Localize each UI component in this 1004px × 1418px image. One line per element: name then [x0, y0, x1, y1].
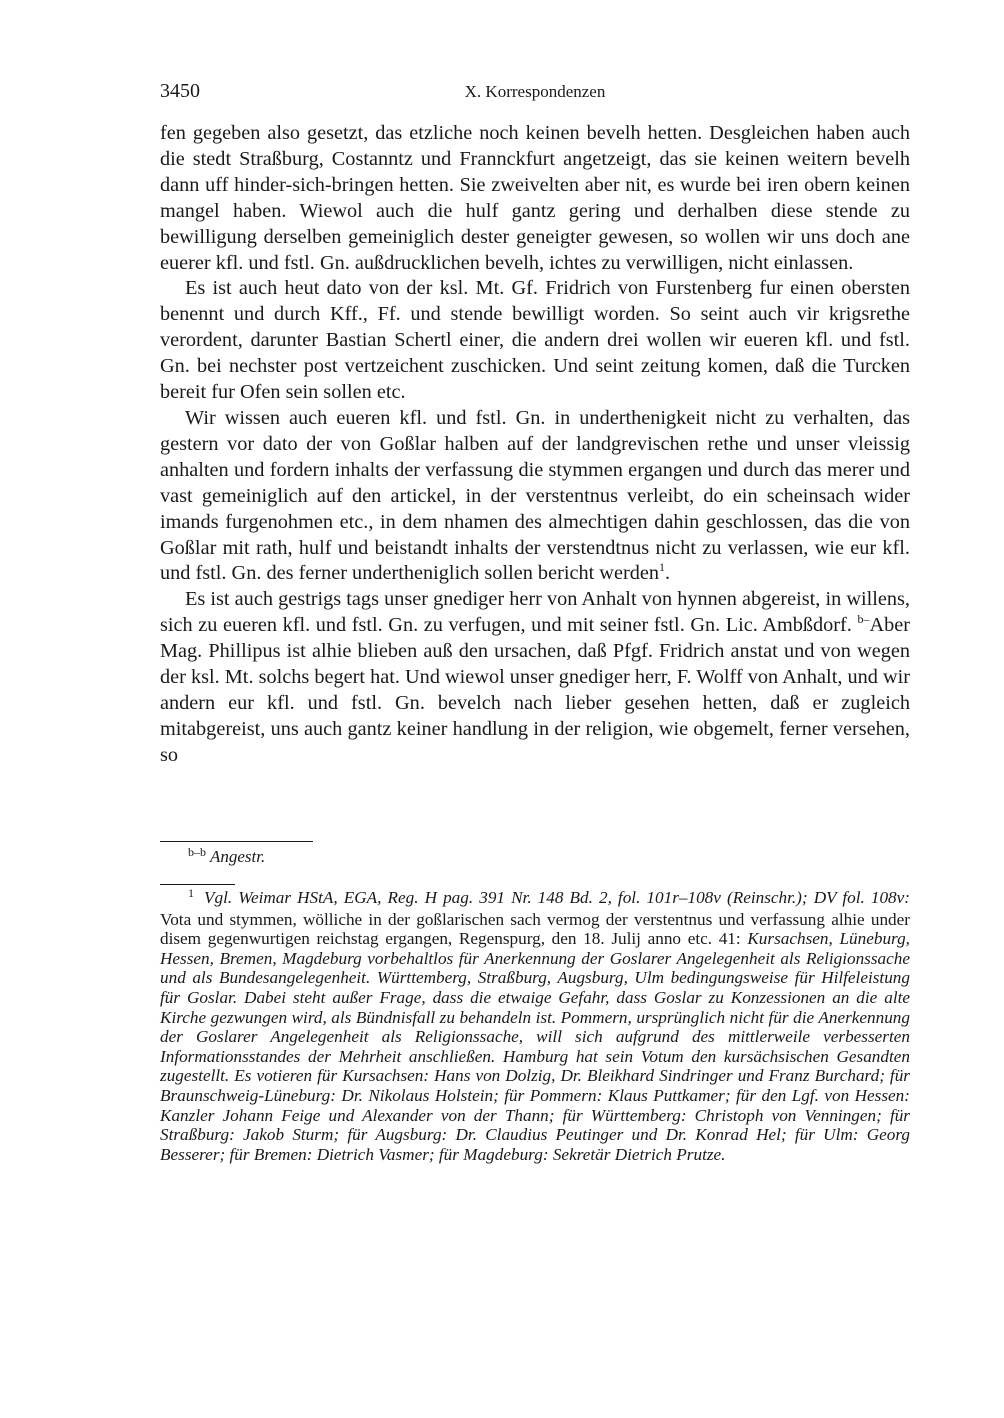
- paragraph: Wir wissen auch eueren kfl. und fstl. Gn…: [160, 406, 910, 587]
- footnote-commentary: Kursachsen, Lüneburg, Hessen, Bremen, Ma…: [160, 929, 910, 1164]
- apparatus-note: Angestr.: [210, 847, 265, 866]
- apparatus-rule: [160, 841, 313, 842]
- critical-apparatus: b–bAngestr.: [188, 846, 265, 869]
- paragraph-text: fen gegeben also gesetzt, das etzliche n…: [160, 122, 910, 274]
- apparatus-mark-label: b–b: [188, 845, 206, 859]
- paragraph-text: Es ist auch gestrigs tags unser gnediger…: [160, 588, 910, 636]
- paragraph-text: Wir wissen auch eueren kfl. und fstl. Gn…: [160, 407, 910, 584]
- page-header: 3450 X. Korrespondenzen: [160, 80, 910, 106]
- footnotes: 1Vgl. Weimar HStA, EGA, Reg. H pag. 391 …: [160, 888, 910, 1164]
- footnote-source: Vgl. Weimar HStA, EGA, Reg. H pag. 391 N…: [204, 888, 910, 907]
- footnote: 1Vgl. Weimar HStA, EGA, Reg. H pag. 391 …: [160, 888, 910, 1164]
- running-title: X. Korrespondenzen: [160, 82, 910, 102]
- paragraph: Es ist auch gestrigs tags unser gnediger…: [160, 587, 910, 768]
- footnote-reference[interactable]: 1: [659, 560, 665, 574]
- footnote-number: 1: [188, 886, 194, 900]
- footnote-rule: [160, 884, 235, 885]
- paragraph: Es ist auch heut dato von der ksl. Mt. G…: [160, 276, 910, 406]
- apparatus-mark: b–: [857, 612, 869, 626]
- main-text: fen gegeben also gesetzt, das etzliche n…: [160, 121, 910, 769]
- paragraph-text-tail: .: [665, 562, 670, 584]
- paragraph-text: Aber Mag. Phillipus ist alhie blieben au…: [160, 614, 910, 766]
- paragraph: fen gegeben also gesetzt, das etzliche n…: [160, 121, 910, 276]
- paragraph-text: Es ist auch heut dato von der ksl. Mt. G…: [160, 277, 910, 403]
